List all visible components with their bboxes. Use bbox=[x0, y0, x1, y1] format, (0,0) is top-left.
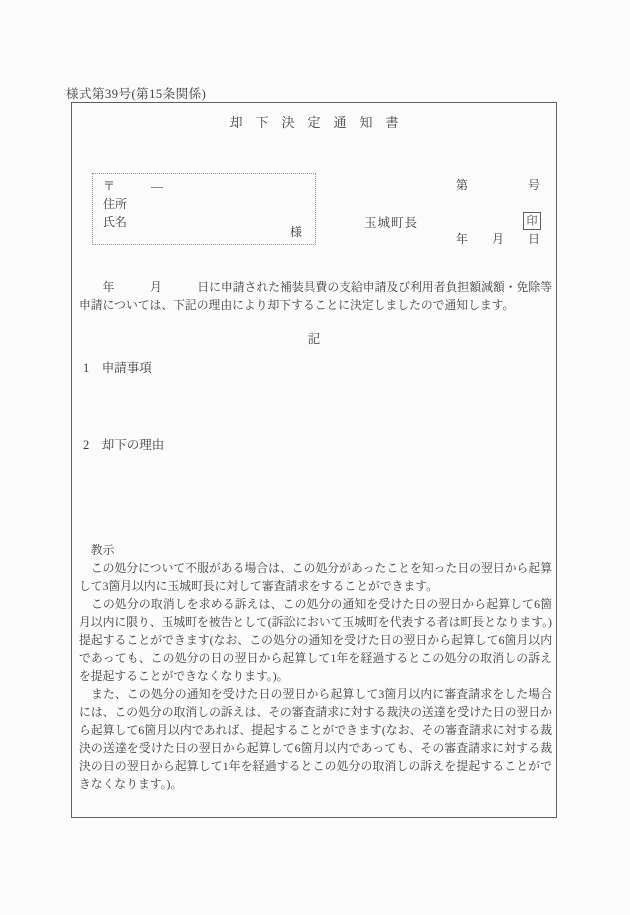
document-title: 却 下 決 定 通 知 書 bbox=[72, 112, 556, 131]
appeal-notice-paragraph: この処分について不服がある場合は、この処分があったことを知った日の翌日から起算し… bbox=[79, 559, 552, 595]
record-marker: 記 bbox=[72, 329, 556, 347]
seal-stamp-icon: 印 bbox=[523, 212, 541, 230]
appeal-notice-block: 教示 この処分について不服がある場合は、この処分があったことを知った日の翌日から… bbox=[79, 541, 552, 793]
document-page: 様式第39号(第15条関係) 却 下 決 定 通 知 書 第 号 年 月 日 〒… bbox=[0, 0, 630, 915]
form-number-label: 様式第39号(第15条関係) bbox=[66, 84, 206, 102]
honorific-label: 様 bbox=[290, 223, 302, 241]
appeal-notice-paragraph: この処分の取消しを求める訴えは、この処分の通知を受けた日の翌日から起算して6箇月… bbox=[79, 595, 552, 685]
document-date-line: 年 月 日 bbox=[456, 230, 540, 248]
address-label: 住所 bbox=[103, 195, 315, 213]
section-application-items: 1 申請事項 bbox=[83, 358, 152, 376]
main-notification-paragraph: 年 月 日に申請された補装具費の支給申請及び利用者負担額減額・免除等申請について… bbox=[79, 278, 552, 314]
section-rejection-reason: 2 却下の理由 bbox=[83, 435, 164, 453]
document-number-line: 第 号 bbox=[456, 176, 540, 194]
postal-code-line: 〒 ― bbox=[103, 177, 315, 195]
recipient-address-box: 〒 ― 住所 氏名 様 bbox=[92, 173, 316, 245]
document-frame: 却 下 決 定 通 知 書 第 号 年 月 日 〒 ― 住所 氏名 様 玉城町長… bbox=[71, 102, 557, 818]
issuer-name: 玉城町長 bbox=[364, 213, 418, 231]
name-label: 氏名 bbox=[103, 213, 315, 231]
appeal-notice-heading: 教示 bbox=[79, 541, 552, 559]
appeal-notice-paragraph: また、この処分の通知を受けた日の翌日から起算して3箇月以内に審査請求をした場合に… bbox=[79, 685, 552, 793]
